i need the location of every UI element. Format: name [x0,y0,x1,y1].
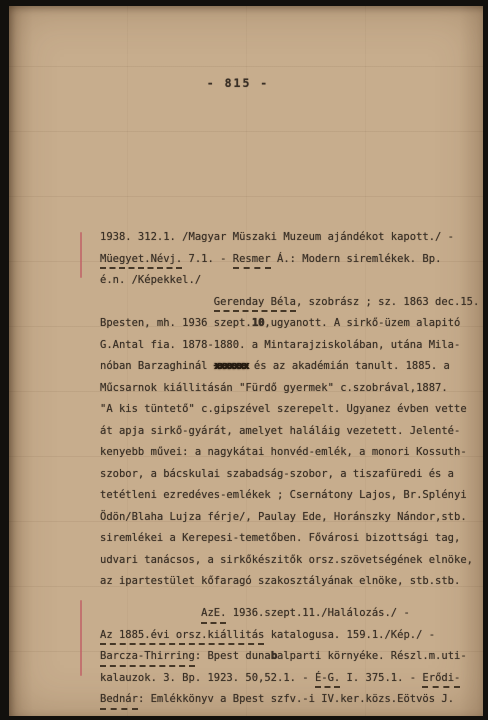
paragraph: 1938. 312.1. /Magyar Müszaki Muzeum aján… [100,227,466,292]
text-segment: Á.: Modern siremlékek. Bp. [271,253,442,265]
text-segment: é.n. /Képekkel./ [100,274,201,286]
text-segment: tetétleni ezredéves-emlékek ; Csernátony… [100,489,467,501]
text-line: é.n. /Képekkel./ [100,270,466,292]
text-line: Ödön/Blaha Lujza férje/, Paulay Ede, Hor… [100,507,466,529]
text-segment: kalauzok. 3. Bp. 1923. 50,52.1. - [100,672,315,684]
text-segment: kenyebb művei: a nagykátai honvéd-emlék,… [100,446,467,458]
paragraph: AzE. 1936.szept.11./Halálozás./ -Az 1885… [100,603,466,711]
text-segment: 7.1. - [182,253,233,265]
text-line: siremlékei a Kerepesi-temetőben. Főváros… [100,528,466,550]
text-line: Bednár: Emlékkönyv a Bpest szfv.-i IV.ke… [100,689,466,711]
text-segment: Bpesten, mh. 1936 szept. [100,317,252,329]
text-segment: Ödön/Blaha Lujza férje/, Paulay Ede, Hor… [100,511,467,523]
text-line: 1938. 312.1. /Magyar Müszaki Muzeum aján… [100,227,466,249]
paper-background: - 815 - 1938. 312.1. /Magyar Müszaki Muz… [9,6,483,716]
text-segment: : Bpest duna [195,650,271,662]
text-segment: G.Antal fia. 1878-1880. a Mintarajziskol… [100,339,460,351]
text-segment: nóban Barzaghinál [100,360,214,372]
text-line: "A kis tüntető" c.gipszével szerepelt. U… [100,399,466,421]
document-text: 1938. 312.1. /Magyar Müszaki Muzeum aján… [100,227,466,711]
underlined-text: Erődi- [422,672,460,689]
text-line: az ipartestület kőfaragó szakosztályának… [100,571,466,593]
text-segment: 1938. 312.1. /Magyar Müszaki Muzeum aján… [100,231,454,243]
text-segment: Műcsarnok kiállitásán "Fürdő gyermek" c.… [100,382,448,394]
text-segment: : Emlékkönyv a Bpest szfv.-i IV.ker.közs… [138,693,454,705]
text-line: Bpesten, mh. 1936 szept.10,ugyanott. A s… [100,313,466,335]
text-segment: udvari tanácsos, a sirkőkészitők orsz.sz… [100,554,473,566]
text-line: át apja sirkő-gyárát, amelyet haláláig v… [100,421,466,443]
text-segment: , szobrász ; sz. 1863 dec.15. [296,296,479,308]
text-segment: alparti környéke. Részl.m.uti- [277,650,467,662]
underlined-text: Resmer [233,253,271,270]
text-line: AzE. 1936.szept.11./Halálozás./ - [100,603,466,625]
text-segment: I. 375.1. - [340,672,422,684]
text-line: kalauzok. 3. Bp. 1923. 50,52.1. - É-G. I… [100,668,466,690]
underlined-text: Bednár [100,693,138,710]
text-segment: siremlékei a Kerepesi-temetőben. Főváros… [100,532,460,544]
text-line: Müegyet.Névj. 7.1. - Resmer Á.: Modern s… [100,249,466,271]
underlined-text: Az 1885.évi orsz.kiállitás [100,629,264,646]
text-line: szobor, a bácskulai szabadság-szobor, a … [100,464,466,486]
text-segment: át apja sirkő-gyárát, amelyet haláláig v… [100,425,460,437]
text-line: Gerenday Béla, szobrász ; sz. 1863 dec.1… [100,292,466,314]
underlined-text: Gerenday Béla [214,296,296,313]
scanned-page: - 815 - 1938. 312.1. /Magyar Müszaki Muz… [0,0,488,720]
text-segment: 1936.szept.11./Halálozás./ - [226,607,409,619]
paragraph: Gerenday Béla, szobrász ; sz. 1863 dec.1… [100,292,466,593]
text-segment: "A kis tüntető" c.gipszével szerepelt. U… [100,403,467,415]
text-line: G.Antal fia. 1878-1880. a Mintarajziskol… [100,335,466,357]
text-segment: az ipartestület kőfaragó szakosztályának… [100,575,460,587]
text-line: udvari tanácsos, a sirkőkészitők orsz.sz… [100,550,466,572]
text-line: tetétleni ezredéves-emlékek ; Csernátony… [100,485,466,507]
struck-out-text: xxxxxxx [214,360,248,372]
margin-mark-bottom [80,600,82,676]
text-line: kenyebb művei: a nagykátai honvéd-emlék,… [100,442,466,464]
underlined-text: É-G. [315,672,340,689]
text-line: Műcsarnok kiállitásán "Fürdő gyermek" c.… [100,378,466,400]
text-segment: 10 [252,317,265,329]
text-segment: ,ugyanott. A sirkő-üzem alapitó [264,317,460,329]
page-number: - 815 - [1,76,475,90]
underlined-text: AzE. [201,607,226,624]
text-line: nóban Barzaghinál xxxxxxx és az akadémiá… [100,356,466,378]
text-segment: és az akadémián tanult. 1885. a [248,360,450,372]
underlined-text: Müegyet.Névj. [100,253,182,270]
text-line: Az 1885.évi orsz.kiállitás katalogusa. 1… [100,625,466,647]
text-line: Barcza-Thirring: Bpest dunabalparti körn… [100,646,466,668]
underlined-text: Barcza-Thirring [100,650,195,667]
text-segment: szobor, a bácskulai szabadság-szobor, a … [100,468,454,480]
margin-mark-top [80,232,82,278]
text-segment: katalogusa. 159.1./Kép./ - [264,629,435,641]
